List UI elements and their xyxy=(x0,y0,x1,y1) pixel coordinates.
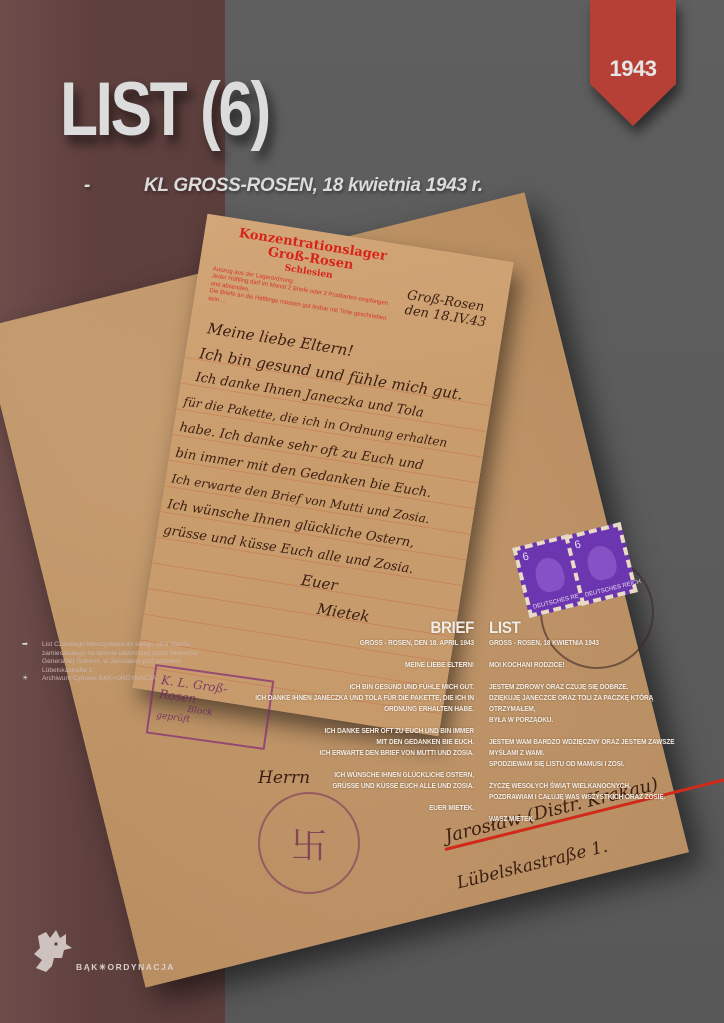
source-caption: ➡ List Czackiego Mieczysława do swego oj… xyxy=(22,641,202,684)
arrow-right-icon: ➡ xyxy=(22,641,42,675)
translation-paragraph: JESTEM ZDROWY ORAZ CZUJĘ SIĘ DOBRZE.DZIĘ… xyxy=(489,681,696,725)
letter-form-heading: Konzentrationslager Groß-Rosen Schlesien… xyxy=(207,224,407,333)
translation-paragraph: ICH WÜNSCHE IHNEN GLÜCKLICHE OSTERN,GRÜS… xyxy=(227,769,474,791)
wolf-head-icon xyxy=(32,928,78,974)
caption-item: ➡ List Czackiego Mieczysława do swego oj… xyxy=(22,641,202,675)
year-label: 1943 xyxy=(590,56,676,82)
translation-paragraph: GROSS - ROSEN, 18 KWIETNIA 1943 xyxy=(489,637,696,648)
translation-german-heading: BRIEF xyxy=(227,619,474,637)
sun-icon: ☀ xyxy=(22,675,42,684)
translation-polish: LIST GROSS - ROSEN, 18 KWIETNIA 1943MOI … xyxy=(489,619,696,835)
translation-paragraph: MEINE LIEBE ELTERN! xyxy=(227,659,474,670)
translation-paragraph: EUER MIETEK. xyxy=(227,802,474,813)
year-ribbon-badge: 1943 xyxy=(590,0,676,126)
logo-text: BĄK✳ORDYNACJA xyxy=(76,962,175,973)
page-title: LIST (6) xyxy=(60,72,269,148)
translation-paragraph: ICH BIN GESUND UND FÜHLE MICH GUT.ICH DA… xyxy=(227,681,474,714)
caption-item: ☀ Archiwum Cyfrowe BĄK+ORDYNACJA xyxy=(22,675,202,684)
translation-paragraph: JESTEM WAM BARDZO WDZIĘCZNY ORAZ JESTEM … xyxy=(489,736,696,769)
translation-paragraph: WASZ MIETEK. xyxy=(489,813,696,824)
translation-german: BRIEF GROSS - ROSEN, DEN 18. APRIL 1943M… xyxy=(227,619,474,824)
translation-paragraph: MOI KOCHANI RODZICE! xyxy=(489,659,696,670)
translation-polish-heading: LIST xyxy=(489,619,696,637)
translation-paragraph: ICH DANKE SEHR OFT ZU EUCH UND BIN IMMER… xyxy=(227,725,474,758)
bak-ordynacja-logo: BĄK✳ORDYNACJA xyxy=(32,928,202,978)
page-subtitle: -KL GROSS-ROSEN, 18 kwietnia 1943 r. xyxy=(84,175,483,197)
translation-paragraph: ŻYCZĘ WESOŁYCH ŚWIĄT WIELKANOCNYCH,POZDR… xyxy=(489,780,696,802)
translation-paragraph: GROSS - ROSEN, DEN 18. APRIL 1943 xyxy=(227,637,474,648)
